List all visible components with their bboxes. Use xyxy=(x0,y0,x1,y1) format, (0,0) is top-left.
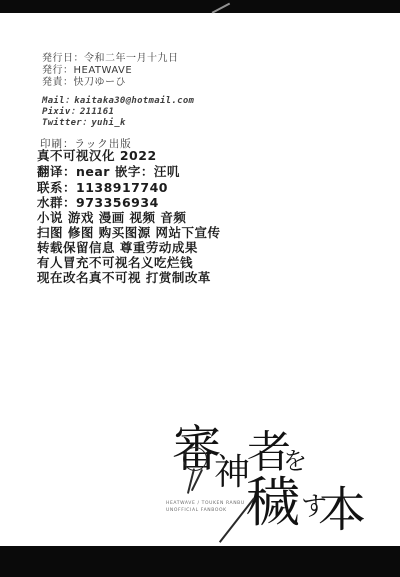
cn-services-line: 扫图 修图 购买图源 网站下宣传 xyxy=(37,226,221,239)
cn-group-qq-line: 水群：973356934 xyxy=(37,196,159,209)
publisher-line: 発行：HEATWAVE xyxy=(42,65,132,76)
logo-caption-line1: HEATWAVE / TOUKEN RANBU xyxy=(166,501,245,507)
cn-warning-line: 有人冒充不可视名义吃烂钱 xyxy=(37,256,193,269)
cn-group-line: 真不可视汉化 2022 xyxy=(37,149,157,162)
title-char-wo: を xyxy=(283,449,307,473)
mail-line: Mail：kaitaka30@hotmail.com xyxy=(42,96,194,106)
cn-rename-line: 现在改名真不可视 打赏制改革 xyxy=(37,271,211,284)
twitter-line: Twitter：yuhi_k xyxy=(42,118,126,128)
publish-date-line: 発行日：令和二年一月十九日 xyxy=(42,53,179,64)
pixiv-line: Pixiv：211161 xyxy=(42,107,114,117)
title-char-kegasu: 穢 xyxy=(246,476,300,530)
scanned-colophon-page: 発行日：令和二年一月十九日 発行：HEATWAVE 発責：快刀ゆーひ Mail：… xyxy=(0,0,400,577)
cn-contact-line: 联系：1138917740 xyxy=(37,181,168,194)
seal-circle-ornament xyxy=(183,447,207,471)
author-line: 発責：快刀ゆーひ xyxy=(42,77,126,88)
logo-caption-line2: UNOFFICIAL FANBOOK xyxy=(166,508,227,514)
cn-translator-line: 翻译：near 嵌字：汪叽 xyxy=(37,165,180,178)
title-char-kami: 神 xyxy=(214,455,250,491)
letterbox-top-bar xyxy=(0,0,400,13)
title-char-hon: 本 xyxy=(318,486,366,534)
cn-media-line: 小说 游戏 漫画 视频 音频 xyxy=(37,211,186,224)
cn-repost-line: 转载保留信息 尊重劳动成果 xyxy=(37,241,198,254)
letterbox-bottom-bar xyxy=(0,546,400,577)
